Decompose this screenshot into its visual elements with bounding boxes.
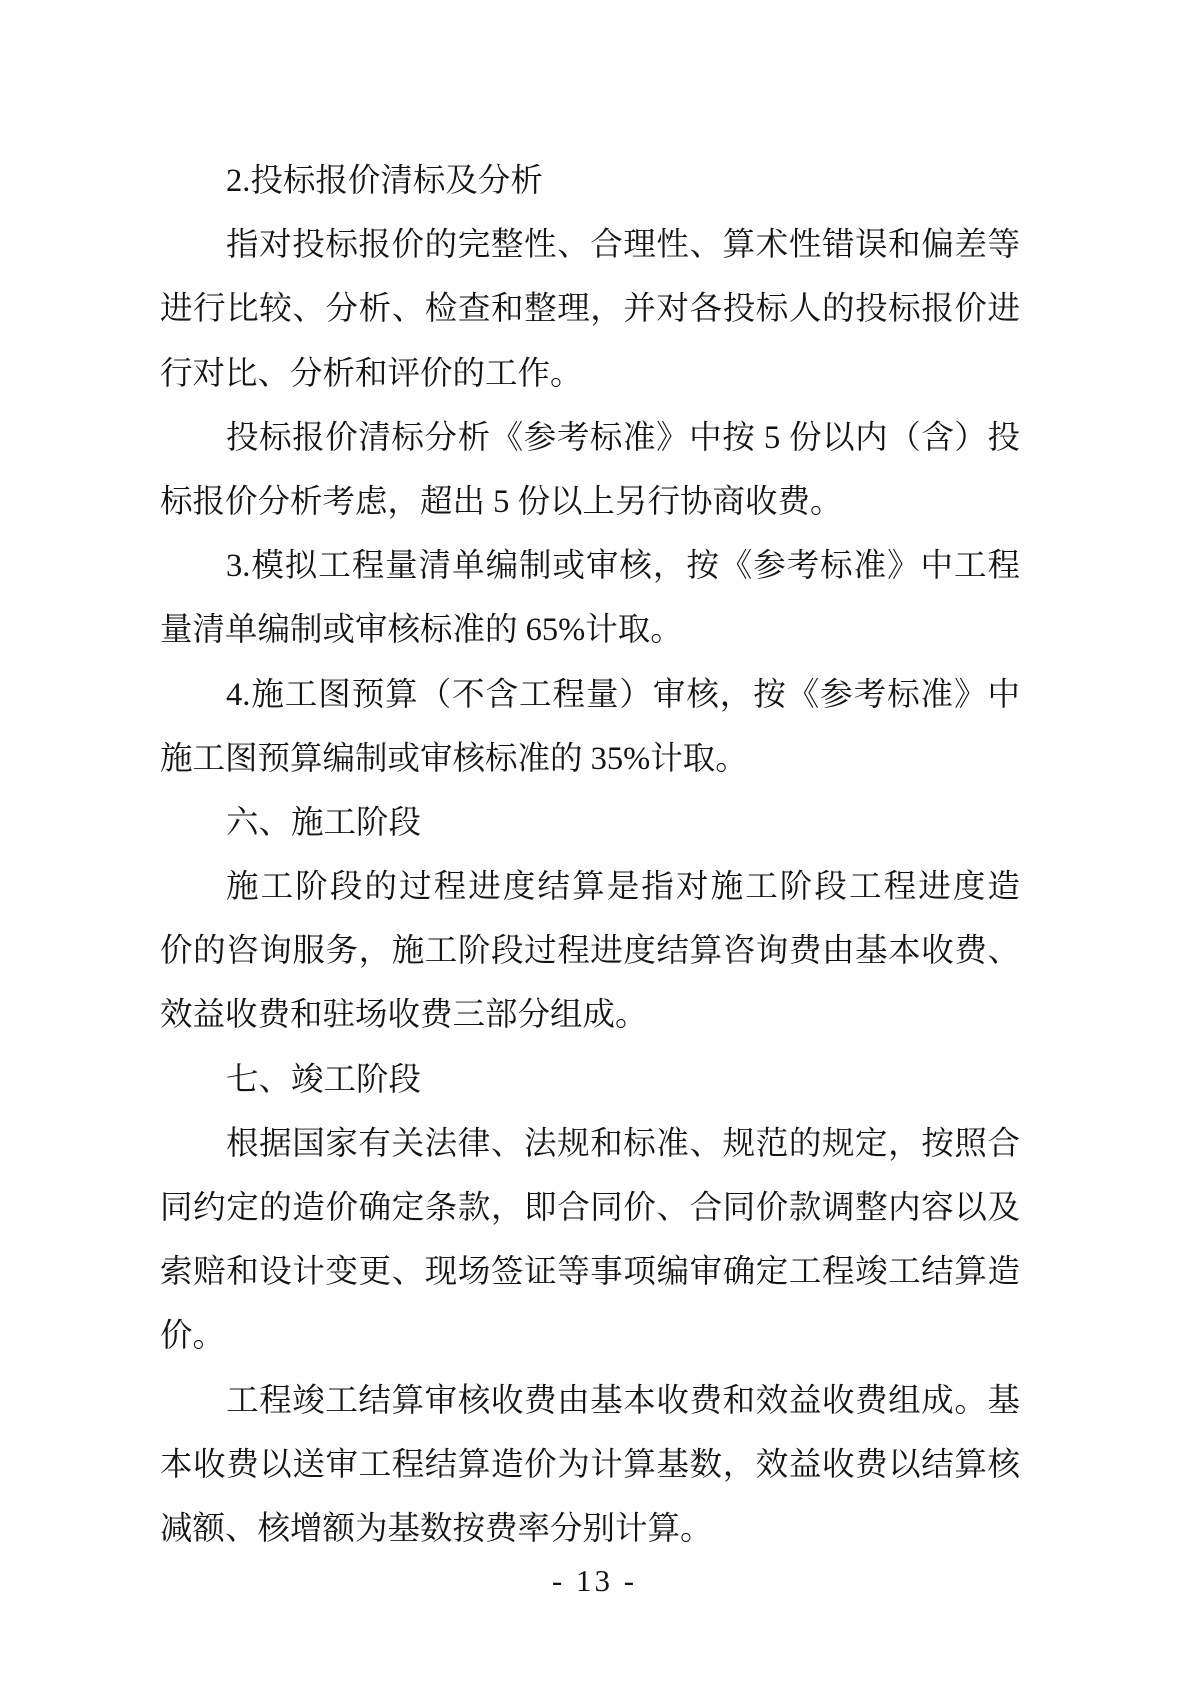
page-number: - 13 - [0,1563,1189,1599]
text-line: 效益收费和驻场收费三部分组成。 [160,983,1020,1047]
text-line: 根据国家有关法律、法规和标准、规范的规定，按照合 [160,1112,1020,1176]
text-line: 价的咨询服务，施工阶段过程进度结算咨询费由基本收费、 [160,919,1020,983]
document-page: 2.投标报价清标及分析指对投标报价的完整性、合理性、算术性错误和偏差等进行比较、… [0,0,1189,1701]
text-line: 量清单编制或审核标准的 65%计取。 [160,598,1020,662]
text-line: 索赔和设计变更、现场签证等事项编审确定工程竣工结算造 [160,1240,1020,1304]
text-line: 进行比较、分析、检查和整理，并对各投标人的投标报价进 [160,277,1020,341]
text-line: 本收费以送审工程结算造价为计算基数，效益收费以结算核 [160,1433,1020,1497]
text-line: 同约定的造价确定条款，即合同价、合同价款调整内容以及 [160,1176,1020,1240]
text-line: 施工阶段的过程进度结算是指对施工阶段工程进度造 [160,855,1020,919]
text-line: 六、施工阶段 [160,791,1020,855]
text-line: 七、竣工阶段 [160,1048,1020,1112]
text-line: 3.模拟工程量清单编制或审核，按《参考标准》中工程 [160,534,1020,598]
text-line: 减额、核增额为基数按费率分别计算。 [160,1497,1020,1561]
text-line: 施工图预算编制或审核标准的 35%计取。 [160,727,1020,791]
text-line: 行对比、分析和评价的工作。 [160,342,1020,406]
text-line: 4.施工图预算（不含工程量）审核，按《参考标准》中 [160,663,1020,727]
page-body-text: 2.投标报价清标及分析指对投标报价的完整性、合理性、算术性错误和偏差等进行比较、… [160,149,1020,1561]
text-line: 投标报价清标分析《参考标准》中按 5 份以内（含）投 [160,406,1020,470]
text-line: 价。 [160,1304,1020,1368]
text-line: 工程竣工结算审核收费由基本收费和效益收费组成。基 [160,1369,1020,1433]
text-line: 指对投标报价的完整性、合理性、算术性错误和偏差等 [160,213,1020,277]
text-line: 2.投标报价清标及分析 [160,149,1020,213]
text-line: 标报价分析考虑，超出 5 份以上另行协商收费。 [160,470,1020,534]
